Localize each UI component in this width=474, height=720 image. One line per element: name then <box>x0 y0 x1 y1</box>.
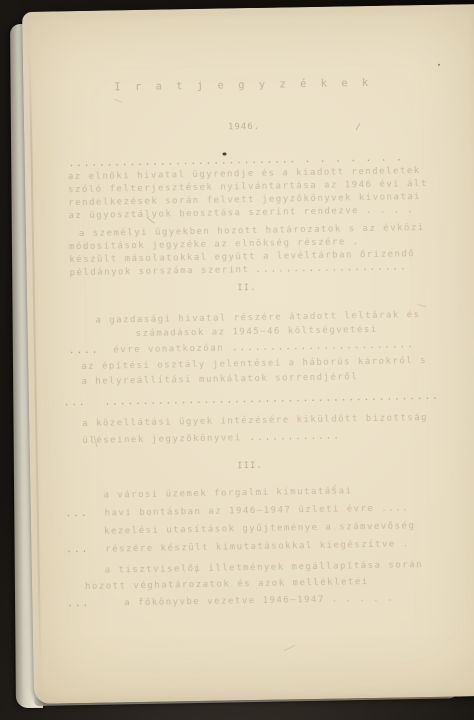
ghost-text-segment: ............ <box>250 432 342 443</box>
ghost-text-segment: üléseinek jegyzőkönyvei <box>82 434 241 446</box>
ghost-text-line: III. <box>30 458 474 482</box>
ghost-text-line: I r a t j e g y z é k e k <box>23 76 474 100</box>
ink-speck <box>222 152 226 155</box>
scanned-page: I r a t j e g y z é k e k1946...........… <box>22 4 474 704</box>
ghost-text-segment: a városi üzemek forgalmi kimutatásai <box>103 487 352 500</box>
ghost-text-segment: a gazdasági hivatal részére átadott lelt… <box>95 311 420 326</box>
ghost-text-segment: .................... <box>255 263 408 275</box>
ghost-text-segment: példányok sorszáma szerint <box>69 266 249 278</box>
ghost-text-segment: ... <box>66 546 89 555</box>
ghost-text-segment: III. <box>237 462 263 471</box>
ghost-text-segment: ... <box>64 399 87 408</box>
ghost-text-segment: évre vonatkozóan <box>113 345 224 356</box>
ghost-text-segment: számadások az 1945—46 költségvetési <box>136 326 378 339</box>
ghost-text-segment: ... <box>67 600 90 609</box>
ghost-text-segment: II. <box>237 284 256 293</box>
ghost-text-line: üléseinek jegyzőkönyvei............ <box>82 432 341 453</box>
ghost-text-segment: ... <box>66 510 89 519</box>
ghost-text-segment: ........................................… <box>105 393 440 408</box>
ghost-text-line: ...részére készült kimutatásokkal kiegés… <box>66 540 410 562</box>
ghost-text-line: 1946. <box>24 119 474 143</box>
ghost-text-line: ........................................… <box>64 393 440 416</box>
ghost-text-layer: I r a t j e g y z é k e k1946...........… <box>22 4 474 704</box>
ghost-text-segment: ........................ <box>232 341 415 353</box>
ghost-text-segment: a közellátási ügyek intézésére kiküldött… <box>82 414 428 429</box>
ghost-text-segment: 1946. <box>228 123 260 133</box>
ghost-text-segment: I r a t j e g y z é k e k <box>114 78 372 93</box>
ghost-text-segment: a főkönyvbe vezetve 1946—1947 . . . . . <box>124 595 394 609</box>
ghost-text-line: a helyreállítási munkálatok sorrendjéről <box>81 373 358 394</box>
ghost-text-segment: a tisztviselői illetmények megállapítása… <box>105 561 423 576</box>
paper-fleck <box>438 64 440 66</box>
photo-backdrop: I r a t j e g y z é k e k1946...........… <box>0 0 474 720</box>
ghost-text-segment: .... <box>69 347 100 357</box>
